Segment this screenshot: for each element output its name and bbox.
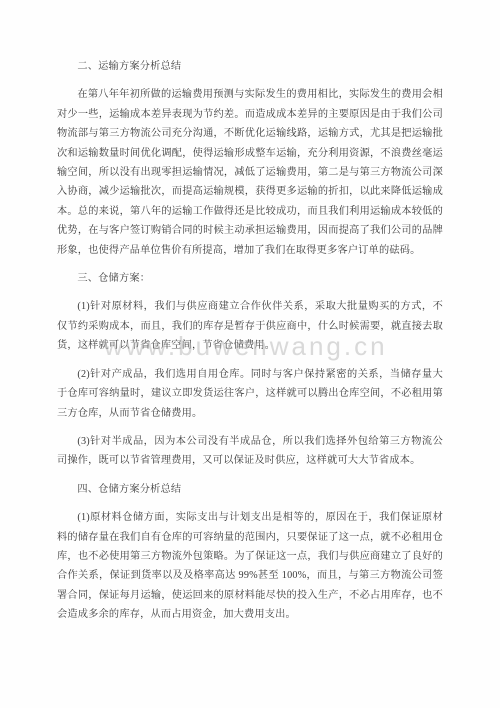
section-heading-transport-analysis: 二、运输方案分析总结 [57,57,443,76]
document-body: 二、运输方案分析总结 在第八年年初所做的运输费用预测与实际发生的费用相比，实际发… [57,57,443,634]
paragraph-warehouse-semi-finished: (3)针对半成品，因为本公司没有半成品仓，所以我们选择外包给第三方物流公司操作，… [57,432,443,471]
paragraph-warehouse-finished-goods: (2)针对产成品，我们选用自用仓库。同时与客户保持紧密的关系，当储存量大于仓库可… [57,365,443,423]
paragraph-warehouse-raw-materials: (1)针对原材料，我们与供应商建立合作伙伴关系，采取大批量购买的方式，不仅节约采… [57,297,443,355]
document-page: www.buwenwang.cn 二、运输方案分析总结 在第八年年初所做的运输费… [0,0,500,708]
paragraph-warehouse-analysis: (1)原材料仓储方面，实际支出与计划支出是相等的，原因在于，我们保证原材料的储存… [57,508,443,624]
section-heading-warehouse-plan: 三、仓储方案： [57,269,443,288]
section-heading-warehouse-analysis: 四、仓储方案分析总结 [57,480,443,499]
paragraph-transport-analysis: 在第八年年初所做的运输费用预测与实际发生的费用相比，实际发生的费用会相对少一些，… [57,85,443,260]
